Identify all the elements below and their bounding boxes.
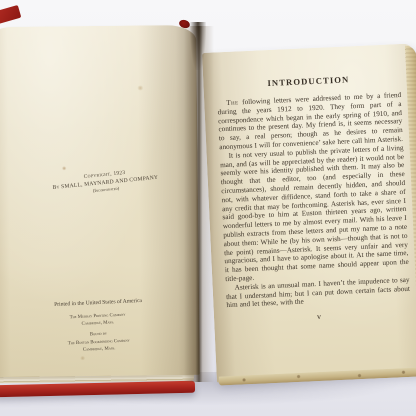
intro-paragraph-1-text: following letters were addressed to me b…: [218, 91, 404, 151]
introduction-text-block: INTRODUCTION The following letters were …: [216, 72, 411, 325]
red-cover-corner: [0, 5, 21, 24]
lead-word: The: [226, 98, 239, 107]
chapter-heading: INTRODUCTION: [216, 72, 400, 90]
copyright-block: Copyright, 1923 By SMALL, MAYNARD AND CO…: [27, 164, 183, 199]
intro-paragraph-2: It is not very usual to publish the priv…: [220, 144, 410, 284]
printer-block: The Murray Printing Company Cambridge, M…: [23, 310, 175, 357]
foxing-stain: [80, 356, 86, 360]
book-photo: Copyright, 1923 By SMALL, MAYNARD AND CO…: [0, 0, 416, 416]
foxing-stain: [137, 85, 144, 90]
intro-paragraph-1: The following letters were addressed to …: [217, 91, 403, 152]
foxing-stain: [62, 166, 67, 170]
right-page-introduction: INTRODUCTION The following letters were …: [202, 43, 416, 382]
page-block-fore-edge: [405, 45, 416, 372]
left-page-copyright: Copyright, 1923 By SMALL, MAYNARD AND CO…: [0, 25, 200, 377]
page-number: v: [227, 308, 411, 325]
printed-in-usa-line: Printed in the United States of America: [23, 297, 173, 310]
